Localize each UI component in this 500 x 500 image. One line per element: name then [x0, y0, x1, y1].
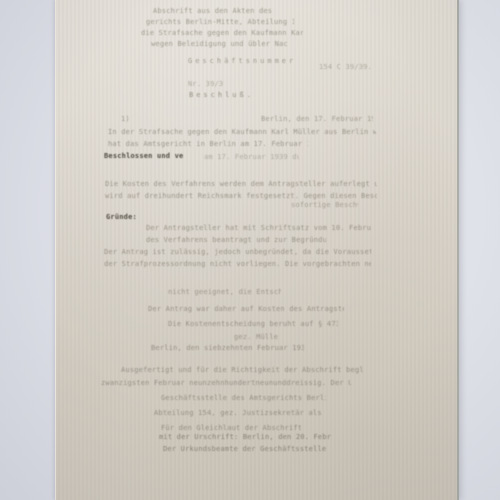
text-line: Beschluß.: [189, 91, 284, 100]
text-line: des Verfahrens beantragt und zur Begründ…: [146, 236, 326, 245]
text-line: Geschäftsstelle des Amtsgerichts Berlin,: [161, 394, 326, 403]
text-line: der Strafprozessordnung nicht vorliegen.…: [104, 260, 371, 269]
text-line: Die Kostenentscheidung beruht auf § 473 …: [168, 320, 338, 329]
text-line: die Strafsache gegen den Kaufmann Karl M…: [141, 29, 303, 38]
document-paper: Abschrift aus den Akten des Amts-gericht…: [55, 0, 459, 500]
text-line: Abschrift aus den Akten des Amts-: [153, 7, 276, 16]
text-line: hat das Amtsgericht in Berlin am 17. Feb…: [108, 140, 308, 149]
text-line: In der Strafsache gegen den Kaufmann Kar…: [108, 128, 376, 137]
text-line: nicht geeignet, die Entscheidung zu ände…: [168, 288, 281, 297]
text-line: 1): [121, 115, 135, 124]
text-line: gerichts Berlin-Mitte, Abteilung 154, üb…: [146, 18, 294, 27]
text-line: Der Antrag war daher auf Kosten des Antr…: [148, 305, 344, 314]
text-line: Geschäftsnummer: [188, 57, 303, 66]
text-line: Berlin, den 17. Februar 1939: [261, 115, 373, 124]
text-line: Der Urkundsbeamte der Geschäftsstelle: [163, 445, 334, 454]
text-line: Beschlossen und verkündet: [104, 152, 184, 161]
text-line: zwanzigsten Februar neunzehnhundertneunu…: [101, 379, 351, 388]
photo-background: Abschrift aus den Akten des Amts-gericht…: [0, 0, 500, 500]
typewritten-text-block: Abschrift aus den Akten des Amts-gericht…: [56, 0, 457, 500]
text-line: Gründe:: [106, 213, 141, 222]
text-line: Nr. 39/39.: [188, 80, 224, 89]
text-line: wegen Beleidigung und übler Nachrede.: [151, 40, 288, 49]
text-line: gez. Müller: [234, 333, 278, 342]
text-line: Der Antragsteller hat mit Schriftsatz vo…: [146, 224, 371, 233]
text-line: Berlin, den siebzehnten Februar 1939.: [151, 344, 304, 353]
text-line: Für den Gleichlaut der Abschrift: [161, 424, 301, 433]
text-line: Der Antrag ist zulässig, jedoch unbegrün…: [104, 248, 371, 257]
text-line: mit der Urschrift: Berlin, den 20. Febru…: [159, 433, 331, 442]
text-line: sofortige Beschwerde zulässig.: [291, 201, 358, 210]
text-line: am 17. Februar 1939 durch: [204, 153, 299, 162]
text-line: Die Kosten des Verfahrens werden dem Ant…: [105, 180, 377, 189]
text-line: Ausgefertigt und für die Richtigkeit der…: [121, 366, 364, 375]
text-line: 154 C 39/39.: [319, 63, 373, 72]
text-line: wird auf dreihundert Reichsmark festgese…: [105, 192, 377, 201]
text-line: Abteilung 154, gez. Justizsekretär als: [154, 409, 337, 418]
